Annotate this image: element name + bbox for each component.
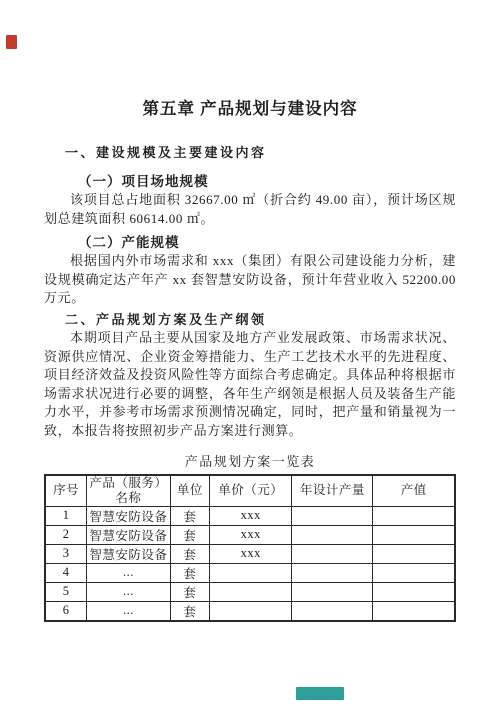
page-content: 第五章 产品规划与建设内容 一、建设规模及主要建设内容 （一）项目场地规模 该项… <box>0 0 500 622</box>
col-header-unit: 单位 <box>170 475 210 507</box>
cell-unit: 套 <box>170 582 210 601</box>
cell-unit: 套 <box>170 563 210 582</box>
cell-output-value <box>373 506 455 525</box>
cell-output-value <box>373 525 455 544</box>
cell-unit-price: xxx <box>210 506 292 525</box>
paragraph-site-scale: 该项目总占地面积 32667.00 ㎡（折合约 49.00 亩），预计场区规划总… <box>44 191 456 228</box>
table-caption: 产品规划方案一览表 <box>44 453 456 470</box>
table-row: 5 ... 套 <box>45 582 455 601</box>
table-row: 2 智慧安防设备 套 xxx <box>45 525 455 544</box>
cell-unit: 套 <box>170 525 210 544</box>
table-row: 1 智慧安防设备 套 xxx <box>45 506 455 525</box>
cell-unit: 套 <box>170 506 210 525</box>
product-plan-table: 序号 产品（服务） 名称 单位 单价（元） 年设计产量 产值 1 智慧安防设备 … <box>44 474 456 622</box>
cell-index: 1 <box>45 506 87 525</box>
table-row: 6 ... 套 <box>45 601 455 621</box>
cell-product-name: ... <box>87 563 170 582</box>
cell-output-value <box>373 544 455 563</box>
cell-annual-output <box>292 525 373 544</box>
col-header-annual-output: 年设计产量 <box>292 475 373 507</box>
cell-output-value <box>373 563 455 582</box>
cell-annual-output <box>292 563 373 582</box>
cell-annual-output <box>292 506 373 525</box>
cell-product-name: 智慧安防设备 <box>87 506 170 525</box>
cell-annual-output <box>292 544 373 563</box>
cell-index: 5 <box>45 582 87 601</box>
cell-index: 6 <box>45 601 87 621</box>
cell-output-value <box>373 582 455 601</box>
col-header-unit-price: 单价（元） <box>210 475 292 507</box>
table-row: 4 ... 套 <box>45 563 455 582</box>
table-row: 3 智慧安防设备 套 xxx <box>45 544 455 563</box>
col-header-output-value: 产值 <box>373 475 455 507</box>
cell-index: 3 <box>45 544 87 563</box>
cell-unit: 套 <box>170 544 210 563</box>
chapter-title: 第五章 产品规划与建设内容 <box>44 97 456 121</box>
cell-unit-price <box>210 601 292 621</box>
cell-unit: 套 <box>170 601 210 621</box>
cell-annual-output <box>292 582 373 601</box>
cell-output-value <box>373 601 455 621</box>
paragraph-capacity: 根据国内外市场需求和 xxx（集团）有限公司建设能力分析，建设规模确定达产年产 … <box>44 252 456 308</box>
heading-sub-1-1: （一）项目场地规模 <box>44 172 456 191</box>
document-page: 第五章 产品规划与建设内容 一、建设规模及主要建设内容 （一）项目场地规模 该项… <box>0 0 500 707</box>
red-corner-mark <box>6 35 17 49</box>
cell-product-name: 智慧安防设备 <box>87 525 170 544</box>
cell-unit-price <box>210 563 292 582</box>
col-header-index: 序号 <box>45 475 87 507</box>
cell-product-name: ... <box>87 582 170 601</box>
col-header-product-name: 产品（服务） 名称 <box>87 475 170 507</box>
cell-unit-price <box>210 582 292 601</box>
cell-product-name: 智慧安防设备 <box>87 544 170 563</box>
cell-unit-price: xxx <box>210 525 292 544</box>
cell-index: 4 <box>45 563 87 582</box>
heading-section-2: 二、产品规划方案及生产纲领 <box>44 310 456 329</box>
cell-product-name: ... <box>87 601 170 621</box>
cell-unit-price: xxx <box>210 544 292 563</box>
table-header-row: 序号 产品（服务） 名称 单位 单价（元） 年设计产量 产值 <box>45 475 455 507</box>
cell-annual-output <box>292 601 373 621</box>
heading-section-1: 一、建设规模及主要建设内容 <box>44 143 456 162</box>
paragraph-product-plan: 本期项目产品主要从国家及地方产业发展政策、市场需求状况、资源供应情况、企业资金筹… <box>44 329 456 441</box>
teal-bottom-mark <box>296 687 344 700</box>
heading-sub-1-2: （二）产能规模 <box>44 233 456 252</box>
cell-index: 2 <box>45 525 87 544</box>
